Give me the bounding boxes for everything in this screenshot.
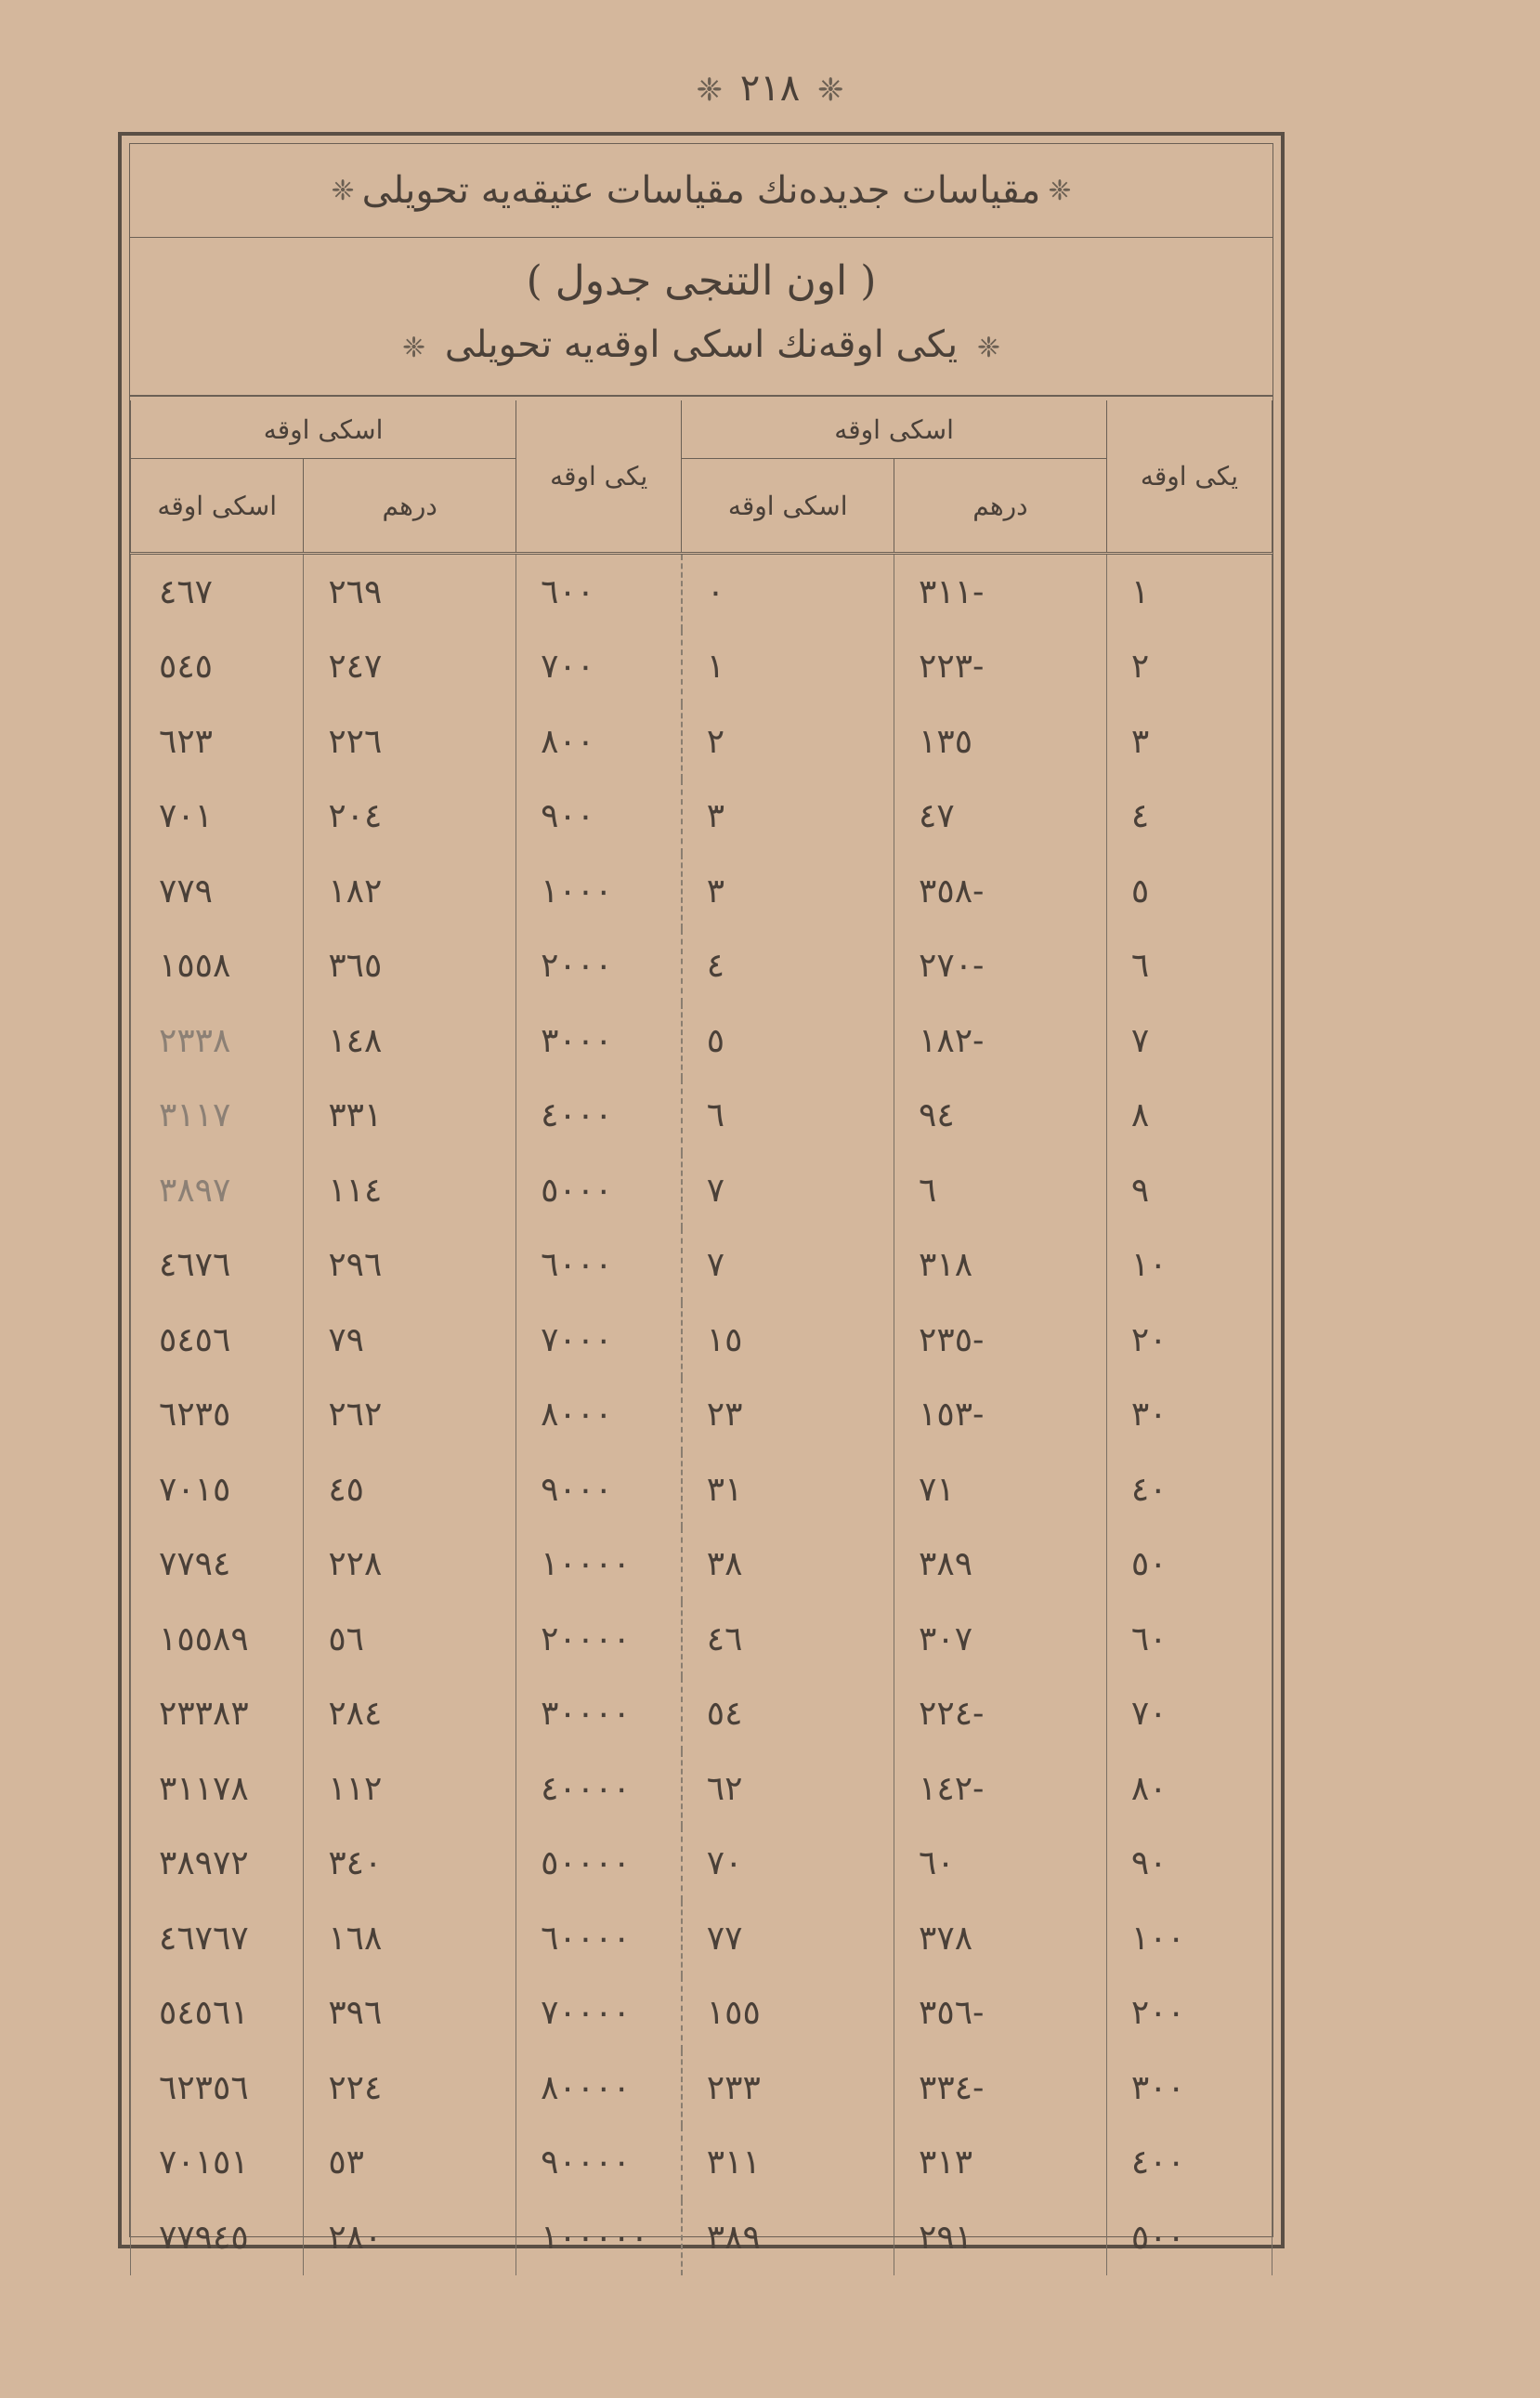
cell-yeni-okka-left: ٧٠٠٠ xyxy=(516,1303,682,1378)
cell-dirhem-left: ١١٤ xyxy=(304,1153,516,1228)
cell-dirhem-right: ٦ xyxy=(894,1153,1107,1228)
cell-dirhem-left: ٣٤٠ xyxy=(304,1827,516,1902)
table-row: ٦٠٣٠٧٤٦٢٠٠٠٠٥٦١٥٥٨٩ xyxy=(131,1602,1272,1677)
conversion-table: يكى اوقه اسكى اوقه يكى اوقه اسكى اوقه در… xyxy=(130,400,1272,2275)
cell-yeni-okka-right: ٦٠ xyxy=(1106,1602,1272,1677)
table-row: ١٠٠٣٧٨٧٧٦٠٠٠٠١٦٨٤٦٧٦٧ xyxy=(131,1901,1272,1976)
cell-dirhem-left: ٢٦٢ xyxy=(304,1378,516,1453)
cell-eski-okka-right: ١٥ xyxy=(682,1303,894,1378)
cell-dirhem-left: ١٤٨ xyxy=(304,1003,516,1079)
cell-dirhem-right: ٣٨٩ xyxy=(894,1527,1107,1603)
cell-dirhem-left: ٢٠٤ xyxy=(304,780,516,855)
table-row: ١٠٣١٨٧٦٠٠٠٢٩٦٤٦٧٦ xyxy=(131,1228,1272,1304)
cell-yeni-okka-right: ٣٠٠ xyxy=(1106,2051,1272,2126)
header-dirhem-left: درهم xyxy=(304,459,516,554)
cell-yeni-okka-left: ٢٠٠٠ xyxy=(516,929,682,1004)
cell-dirhem-left: ٧٩ xyxy=(304,1303,516,1378)
cell-eski-okka-right: ٣٨٩ xyxy=(682,2200,894,2275)
cell-eski-okka-left: ٢٣٣٨ xyxy=(131,1003,304,1079)
header-eski-okka-group-right: اسكى اوقه xyxy=(682,400,1107,459)
cell-dirhem-left: ٢٢٦ xyxy=(304,704,516,780)
cell-dirhem-left: ٤٥ xyxy=(304,1452,516,1527)
cell-yeni-okka-left: ٩٠٠ xyxy=(516,780,682,855)
cell-yeni-okka-right: ٢٠ xyxy=(1106,1303,1272,1378)
cell-dirhem-left: ٣٦٥ xyxy=(304,929,516,1004)
table-row: ٥٠٠٢٩١٣٨٩١٠٠٠٠٠٢٨٠٧٧٩٤٥ xyxy=(131,2200,1272,2275)
page-number-text: ٢١٨ xyxy=(740,67,800,110)
cell-eski-okka-right: ٣١ xyxy=(682,1452,894,1527)
cell-yeni-okka-left: ٩٠٠٠ xyxy=(516,1452,682,1527)
table-title: ❈ مقياسات جديده‌نك مقياسات عتيقه‌يه تحوي… xyxy=(130,144,1272,238)
cell-yeni-okka-right: ٦ xyxy=(1106,929,1272,1004)
cell-dirhem-right: ٦٠ xyxy=(894,1827,1107,1902)
cell-eski-okka-left: ٧٧٩ xyxy=(131,854,304,929)
cell-yeni-okka-left: ٤٠٠٠ xyxy=(516,1079,682,1154)
cell-yeni-okka-left: ٥٠٠٠٠ xyxy=(516,1827,682,1902)
cell-eski-okka-right: ٣١١ xyxy=(682,2126,894,2201)
cell-dirhem-right: ٣٣٤- xyxy=(894,2051,1107,2126)
cell-eski-okka-left: ٦٢٣ xyxy=(131,704,304,780)
cell-yeni-okka-right: ٥٠٠ xyxy=(1106,2200,1272,2275)
cell-yeni-okka-left: ٤٠٠٠٠ xyxy=(516,1751,682,1827)
cell-dirhem-right: ٢٣٥- xyxy=(894,1303,1107,1378)
cell-dirhem-right: ٣١١- xyxy=(894,554,1107,630)
cell-eski-okka-left: ٥٤٥٦ xyxy=(131,1303,304,1378)
header-yeni-okka-right: يكى اوقه xyxy=(1106,400,1272,554)
table-row: ٦٢٧٠-٤٢٠٠٠٣٦٥١٥٥٨ xyxy=(131,929,1272,1004)
cell-dirhem-right: ٢٢٤- xyxy=(894,1677,1107,1752)
cell-yeni-okka-left: ٧٠٠٠٠ xyxy=(516,1976,682,2051)
title-text: مقياسات جديده‌نك مقياسات عتيقه‌يه تحويلى xyxy=(362,169,1041,212)
cell-eski-okka-right: ٢٣ xyxy=(682,1378,894,1453)
cell-eski-okka-right: ٢٣٣ xyxy=(682,2051,894,2126)
cell-yeni-okka-right: ٧ xyxy=(1106,1003,1272,1079)
cell-eski-okka-left: ١٥٥٨٩ xyxy=(131,1602,304,1677)
cell-eski-okka-right: ٧٧ xyxy=(682,1901,894,1976)
header-eski-okka-right: اسكى اوقه xyxy=(682,459,894,554)
cell-eski-okka-right: ٢ xyxy=(682,704,894,780)
table-subtitle: ❈ يكى اوقه‌نك اسكى اوقه‌يه تحويلى ❈ xyxy=(130,323,1272,366)
cell-eski-okka-left: ٥٤٥٦١ xyxy=(131,1976,304,2051)
cell-eski-okka-left: ٦٢٣٥٦ xyxy=(131,2051,304,2126)
table-row: ٣٠١٥٣-٢٣٨٠٠٠٢٦٢٦٢٣٥ xyxy=(131,1378,1272,1453)
table-row: ٢٠٠٣٥٦-١٥٥٧٠٠٠٠٣٩٦٥٤٥٦١ xyxy=(131,1976,1272,2051)
cell-yeni-okka-left: ١٠٠٠٠٠ xyxy=(516,2200,682,2275)
cell-yeni-okka-left: ٣٠٠٠ xyxy=(516,1003,682,1079)
cell-dirhem-left: ٢٩٦ xyxy=(304,1228,516,1304)
cell-yeni-okka-left: ٢٠٠٠٠ xyxy=(516,1602,682,1677)
cell-dirhem-right: ١٥٣- xyxy=(894,1378,1107,1453)
cell-yeni-okka-left: ٨٠٠ xyxy=(516,704,682,780)
cell-yeni-okka-right: ٤٠ xyxy=(1106,1452,1272,1527)
table-label: ( اون التنجى جدول ) xyxy=(130,257,1272,305)
cell-dirhem-left: ٢٦٩ xyxy=(304,554,516,630)
cell-dirhem-right: ٣١٨ xyxy=(894,1228,1107,1304)
cell-yeni-okka-right: ٤٠٠ xyxy=(1106,2126,1272,2201)
cell-dirhem-left: ١٨٢ xyxy=(304,854,516,929)
cell-eski-okka-left: ١٥٥٨ xyxy=(131,929,304,1004)
cell-eski-okka-left: ٧٠١ xyxy=(131,780,304,855)
cell-eski-okka-left: ٤٦٧٦٧ xyxy=(131,1901,304,1976)
cell-eski-okka-right: ٤ xyxy=(682,929,894,1004)
cell-yeni-okka-left: ٦٠٠ xyxy=(516,554,682,630)
cell-eski-okka-right: ٣٨ xyxy=(682,1527,894,1603)
cell-yeni-okka-left: ٥٠٠٠ xyxy=(516,1153,682,1228)
cell-dirhem-right: ٣٠٧ xyxy=(894,1602,1107,1677)
cell-yeni-okka-left: ١٠٠٠ xyxy=(516,854,682,929)
cell-dirhem-left: ١١٢ xyxy=(304,1751,516,1827)
cell-dirhem-left: ٣٩٦ xyxy=(304,1976,516,2051)
table-body: ١٣١١-٠٦٠٠٢٦٩٤٦٧٢٢٢٣-١٧٠٠٢٤٧٥٤٥٣١٣٥٢٨٠٠٢٢… xyxy=(131,554,1272,2275)
cell-eski-okka-left: ٣٨٩٧ xyxy=(131,1153,304,1228)
cell-dirhem-right: ٢٧٠- xyxy=(894,929,1107,1004)
table-row: ٨٠١٤٢-٦٢٤٠٠٠٠١١٢٣١١٧٨ xyxy=(131,1751,1272,1827)
table-row: ٢٠٢٣٥-١٥٧٠٠٠٧٩٥٤٥٦ xyxy=(131,1303,1272,1378)
cell-eski-okka-left: ٣١١٧٨ xyxy=(131,1751,304,1827)
cell-eski-okka-right: ٧ xyxy=(682,1153,894,1228)
cell-yeni-okka-right: ١ xyxy=(1106,554,1272,630)
cell-eski-okka-right: ٠ xyxy=(682,554,894,630)
cell-eski-okka-left: ٤٦٧٦ xyxy=(131,1228,304,1304)
cell-yeni-okka-right: ١٠ xyxy=(1106,1228,1272,1304)
table-row: ٤٠٠٣١٣٣١١٩٠٠٠٠٥٣٧٠١٥١ xyxy=(131,2126,1272,2201)
cell-dirhem-left: ٥٦ xyxy=(304,1602,516,1677)
header-eski-okka-group-left: اسكى اوقه xyxy=(131,400,516,459)
cell-dirhem-right: ٣١٣ xyxy=(894,2126,1107,2201)
cell-yeni-okka-left: ٧٠٠ xyxy=(516,630,682,705)
cell-dirhem-right: ٩٤ xyxy=(894,1079,1107,1154)
page-number: ❈ ٢١٨ ❈ xyxy=(0,67,1540,110)
cell-eski-okka-right: ٥٤ xyxy=(682,1677,894,1752)
cell-dirhem-right: ٣٥٨- xyxy=(894,854,1107,929)
cell-eski-okka-right: ٣ xyxy=(682,854,894,929)
cell-eski-okka-left: ٢٣٣٨٣ xyxy=(131,1677,304,1752)
table-row: ٩٠٦٠٧٠٥٠٠٠٠٣٤٠٣٨٩٧٢ xyxy=(131,1827,1272,1902)
cell-eski-okka-left: ٣١١٧ xyxy=(131,1079,304,1154)
table-row: ٤٤٧٣٩٠٠٢٠٤٧٠١ xyxy=(131,780,1272,855)
cell-dirhem-right: ١٤٢- xyxy=(894,1751,1107,1827)
cell-eski-okka-left: ٦٢٣٥ xyxy=(131,1378,304,1453)
ornament-icon: ❈ xyxy=(817,72,844,109)
cell-yeni-okka-right: ٣ xyxy=(1106,704,1272,780)
cell-yeni-okka-right: ٥ xyxy=(1106,854,1272,929)
header-dirhem-right: درهم xyxy=(894,459,1107,554)
table-row: ٣١٣٥٢٨٠٠٢٢٦٦٢٣ xyxy=(131,704,1272,780)
cell-dirhem-left: ٢٨٤ xyxy=(304,1677,516,1752)
cell-dirhem-right: ٣٧٨ xyxy=(894,1901,1107,1976)
table-row: ١٣١١-٠٦٠٠٢٦٩٤٦٧ xyxy=(131,554,1272,630)
cell-dirhem-left: ١٦٨ xyxy=(304,1901,516,1976)
table-row: ٨٩٤٦٤٠٠٠٣٣١٣١١٧ xyxy=(131,1079,1272,1154)
cell-dirhem-left: ٢٨٠ xyxy=(304,2200,516,2275)
cell-eski-okka-right: ٧٠ xyxy=(682,1827,894,1902)
cell-yeni-okka-left: ٦٠٠٠٠ xyxy=(516,1901,682,1976)
cell-dirhem-right: ٢٢٣- xyxy=(894,630,1107,705)
cell-yeni-okka-right: ٩٠ xyxy=(1106,1827,1272,1902)
table-row: ٣٠٠٣٣٤-٢٣٣٨٠٠٠٠٢٢٤٦٢٣٥٦ xyxy=(131,2051,1272,2126)
cell-yeni-okka-right: ٩ xyxy=(1106,1153,1272,1228)
cell-eski-okka-left: ٧٧٩٤ xyxy=(131,1527,304,1603)
cell-eski-okka-right: ٥ xyxy=(682,1003,894,1079)
cell-yeni-okka-left: ٦٠٠٠ xyxy=(516,1228,682,1304)
cell-eski-okka-right: ٧ xyxy=(682,1228,894,1304)
cell-yeni-okka-right: ٨ xyxy=(1106,1079,1272,1154)
table-row: ٤٠٧١٣١٩٠٠٠٤٥٧٠١٥ xyxy=(131,1452,1272,1527)
table-row: ٩٦٧٥٠٠٠١١٤٣٨٩٧ xyxy=(131,1153,1272,1228)
cell-dirhem-right: ٧١ xyxy=(894,1452,1107,1527)
cell-yeni-okka-right: ٨٠ xyxy=(1106,1751,1272,1827)
ornament-icon: ❈ xyxy=(977,332,1000,364)
cell-yeni-okka-right: ٢ xyxy=(1106,630,1272,705)
cell-eski-okka-right: ٤٦ xyxy=(682,1602,894,1677)
cell-yeni-okka-left: ٨٠٠٠ xyxy=(516,1378,682,1453)
cell-yeni-okka-right: ٥٠ xyxy=(1106,1527,1272,1603)
cell-eski-okka-left: ٧٠١٥ xyxy=(131,1452,304,1527)
cell-yeni-okka-left: ٣٠٠٠٠ xyxy=(516,1677,682,1752)
cell-dirhem-right: ١٨٢- xyxy=(894,1003,1107,1079)
cell-yeni-okka-right: ٤ xyxy=(1106,780,1272,855)
table-row: ٢٢٢٣-١٧٠٠٢٤٧٥٤٥ xyxy=(131,630,1272,705)
cell-yeni-okka-right: ١٠٠ xyxy=(1106,1901,1272,1976)
subtitle-text: يكى اوقه‌نك اسكى اوقه‌يه تحويلى xyxy=(445,323,958,366)
table-inner-frame: ❈ مقياسات جديده‌نك مقياسات عتيقه‌يه تحوي… xyxy=(129,143,1273,2237)
ornament-icon: ❈ xyxy=(332,175,355,207)
cell-eski-okka-left: ٥٤٥ xyxy=(131,630,304,705)
cell-yeni-okka-left: ١٠٠٠٠ xyxy=(516,1527,682,1603)
cell-yeni-okka-right: ٣٠ xyxy=(1106,1378,1272,1453)
table-row: ٥٣٥٨-٣١٠٠٠١٨٢٧٧٩ xyxy=(131,854,1272,929)
subtitle-block: ( اون التنجى جدول ) ❈ يكى اوقه‌نك اسكى ا… xyxy=(130,237,1272,397)
ornament-icon: ❈ xyxy=(402,332,425,364)
table-row: ٧٠٢٢٤-٥٤٣٠٠٠٠٢٨٤٢٣٣٨٣ xyxy=(131,1677,1272,1752)
header-yeni-okka-left: يكى اوقه xyxy=(516,400,682,554)
ornament-icon: ❈ xyxy=(1048,175,1071,207)
cell-dirhem-right: ٣٥٦- xyxy=(894,1976,1107,2051)
cell-dirhem-right: ٤٧ xyxy=(894,780,1107,855)
cell-eski-okka-right: ٦٢ xyxy=(682,1751,894,1827)
header-eski-okka-left: اسكى اوقه xyxy=(131,459,304,554)
ornament-icon: ❈ xyxy=(697,72,724,109)
cell-dirhem-left: ٣٣١ xyxy=(304,1079,516,1154)
cell-eski-okka-left: ٧٧٩٤٥ xyxy=(131,2200,304,2275)
cell-eski-okka-left: ٤٦٧ xyxy=(131,554,304,630)
cell-eski-okka-left: ٧٠١٥١ xyxy=(131,2126,304,2201)
cell-dirhem-left: ٥٣ xyxy=(304,2126,516,2201)
cell-dirhem-left: ٢٢٨ xyxy=(304,1527,516,1603)
cell-dirhem-left: ٢٤٧ xyxy=(304,630,516,705)
cell-eski-okka-right: ٣ xyxy=(682,780,894,855)
cell-yeni-okka-left: ٩٠٠٠٠ xyxy=(516,2126,682,2201)
table-row: ٥٠٣٨٩٣٨١٠٠٠٠٢٢٨٧٧٩٤ xyxy=(131,1527,1272,1603)
table-frame: ❈ مقياسات جديده‌نك مقياسات عتيقه‌يه تحوي… xyxy=(118,132,1285,2248)
cell-eski-okka-right: ٦ xyxy=(682,1079,894,1154)
cell-yeni-okka-right: ٢٠٠ xyxy=(1106,1976,1272,2051)
cell-eski-okka-left: ٣٨٩٧٢ xyxy=(131,1827,304,1902)
cell-dirhem-left: ٢٢٤ xyxy=(304,2051,516,2126)
cell-dirhem-right: ٢٩١ xyxy=(894,2200,1107,2275)
cell-eski-okka-right: ١٥٥ xyxy=(682,1976,894,2051)
table-row: ٧١٨٢-٥٣٠٠٠١٤٨٢٣٣٨ xyxy=(131,1003,1272,1079)
cell-yeni-okka-right: ٧٠ xyxy=(1106,1677,1272,1752)
cell-eski-okka-right: ١ xyxy=(682,630,894,705)
cell-yeni-okka-left: ٨٠٠٠٠ xyxy=(516,2051,682,2126)
cell-dirhem-right: ١٣٥ xyxy=(894,704,1107,780)
